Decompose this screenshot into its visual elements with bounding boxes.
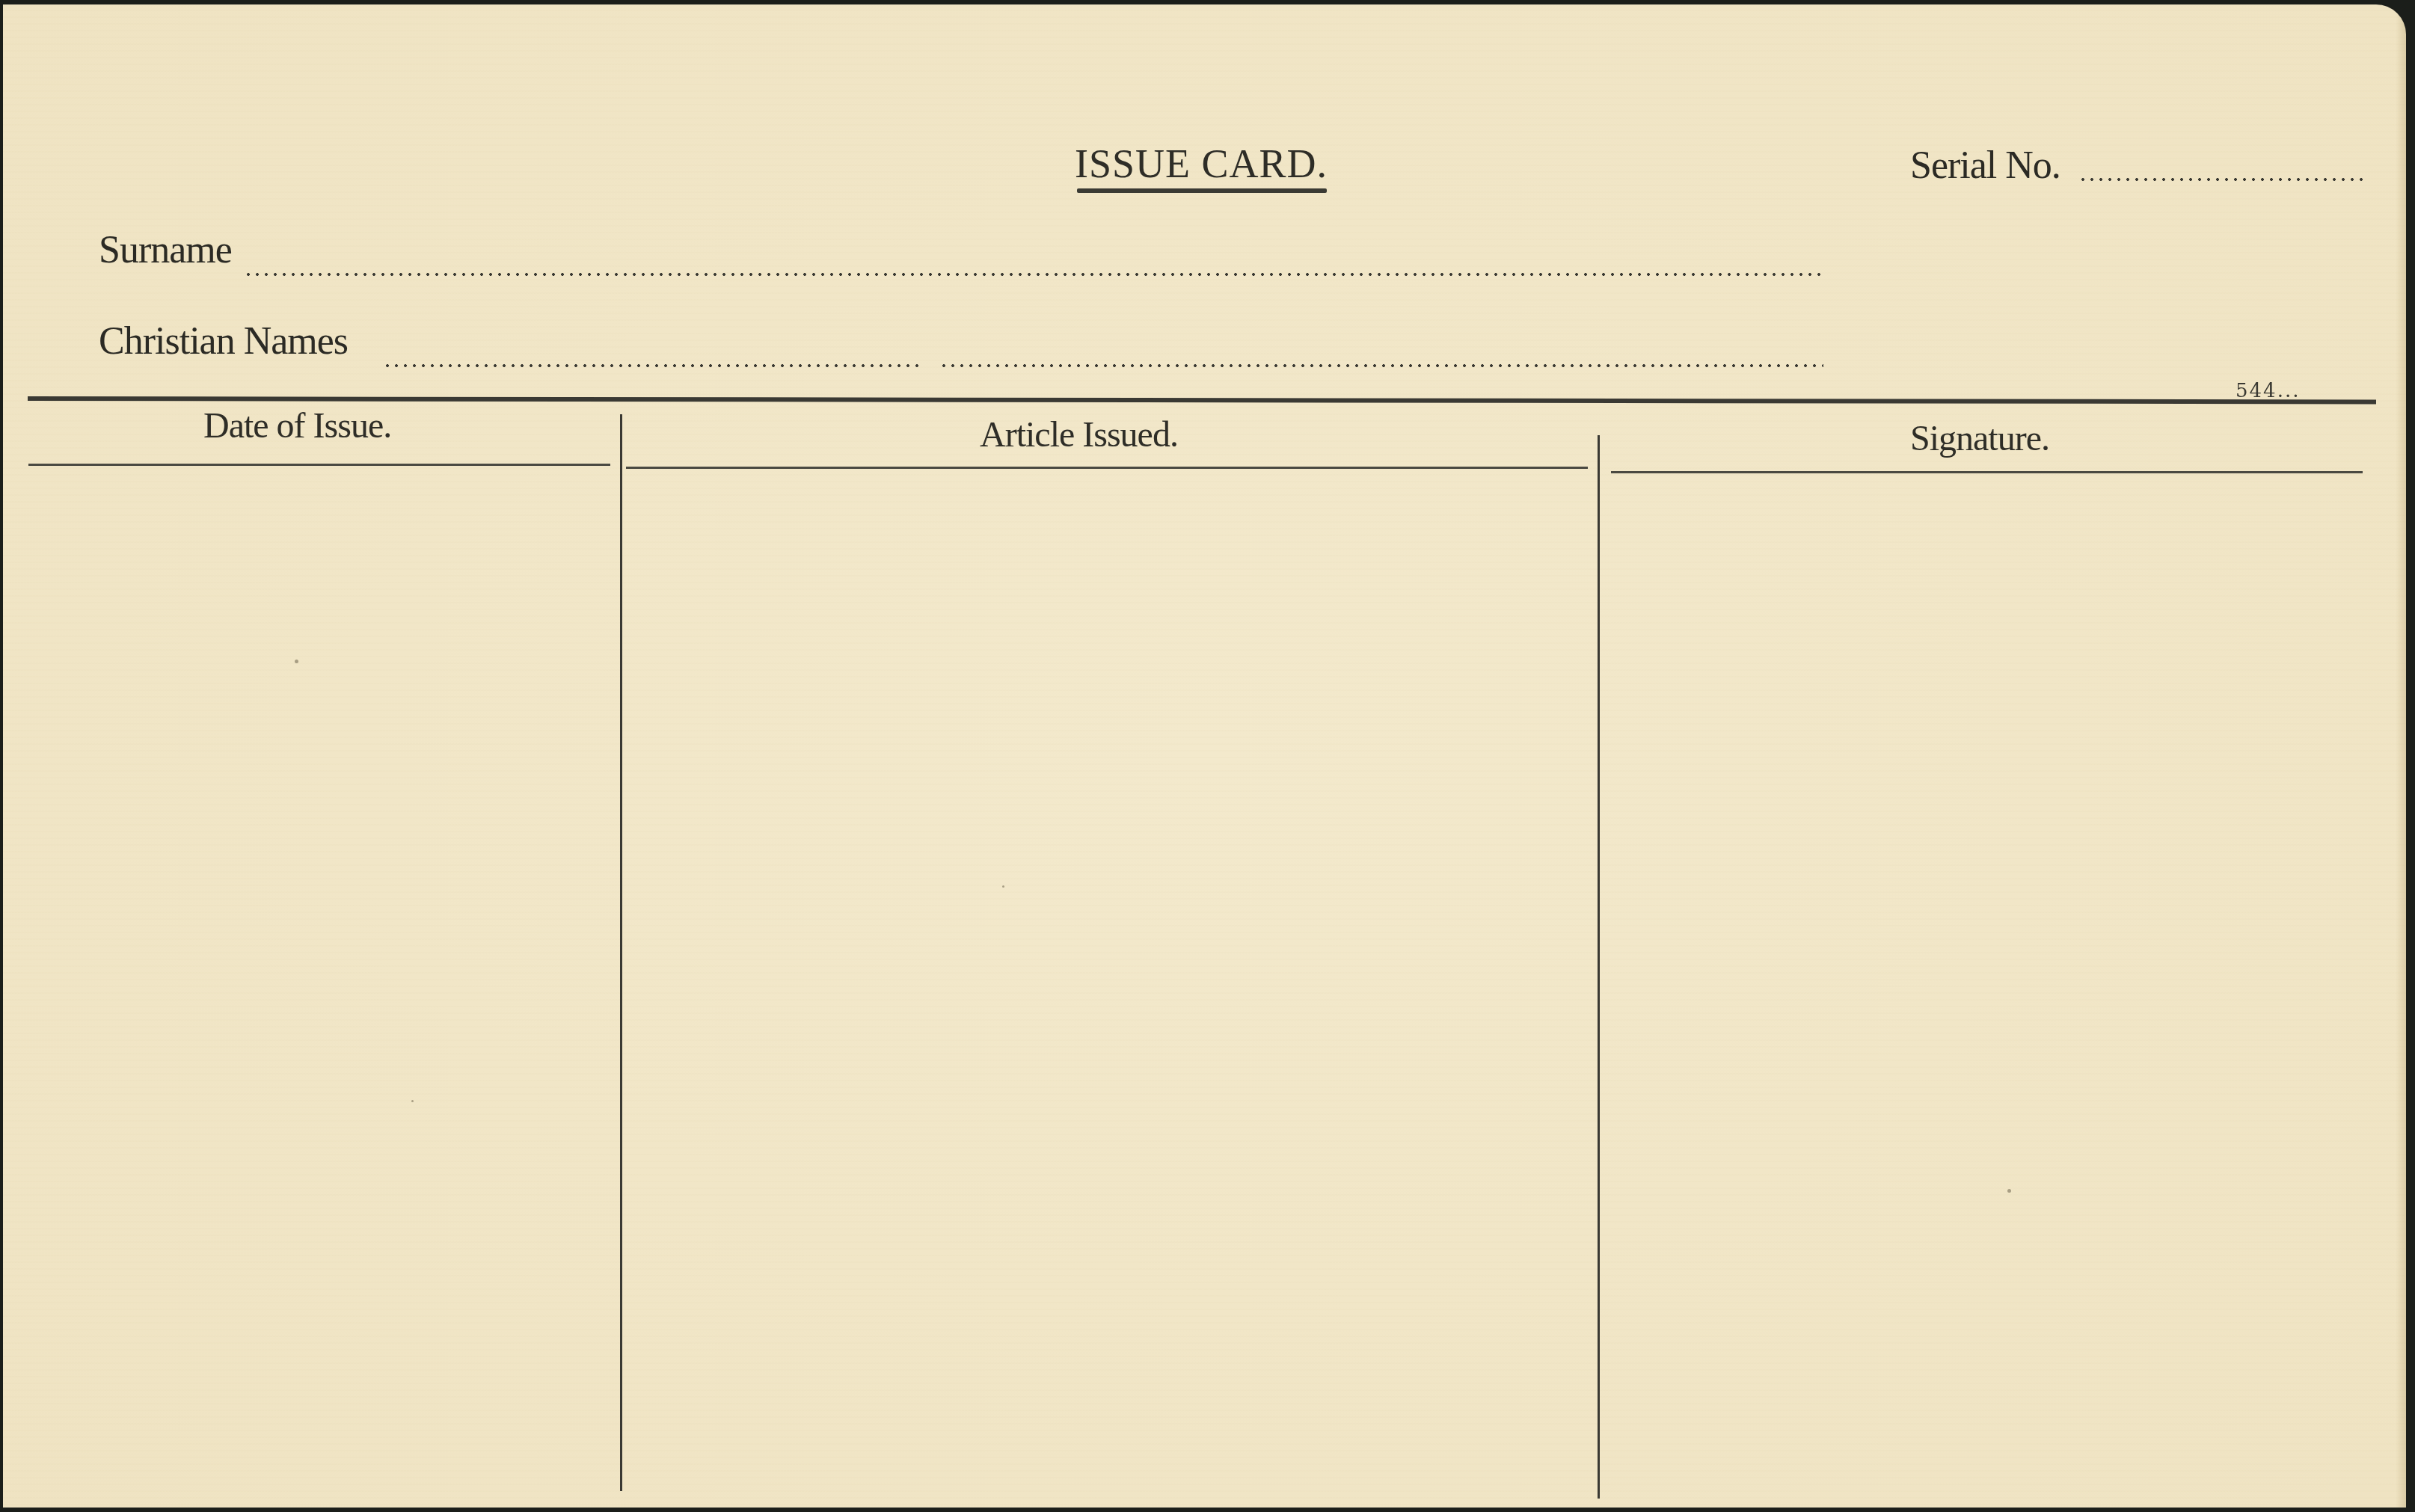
paper-speck [2007,1189,2011,1193]
column-header-date-of-issue: Date of Issue. [203,408,391,444]
christian-names-label: Christian Names [99,322,348,361]
issue-card: ISSUE CARD. Serial No. Surname Christian… [3,4,2406,1508]
date-of-issue-entries[interactable] [28,476,618,1493]
christian-names-field-continued[interactable] [939,364,1823,367]
column-rule-date [28,464,610,466]
article-issued-entries[interactable] [625,476,1595,1493]
surname-label: Surname [99,231,232,270]
card-edge-shadow [2396,4,2406,1508]
card-title: ISSUE CARD. [1075,144,1328,184]
header-divider [28,396,2376,404]
surname-field[interactable] [244,273,1823,276]
paper-speck [1002,885,1004,888]
column-rule-signature [1611,471,2363,473]
serial-no-label: Serial No. [1910,147,2060,185]
christian-names-field[interactable] [383,364,923,367]
column-divider-2 [1598,435,1600,1499]
column-header-article-issued: Article Issued. [980,417,1178,453]
paper-speck [411,1100,414,1102]
column-rule-article [626,467,1588,469]
column-header-signature: Signature. [1910,421,2049,457]
paper-speck [295,660,298,663]
form-code: 544... [2236,381,2300,401]
serial-no-field[interactable] [2078,178,2369,181]
title-underline [1077,188,1327,193]
signature-entries[interactable] [1604,476,2366,1500]
column-divider-1 [620,414,622,1491]
